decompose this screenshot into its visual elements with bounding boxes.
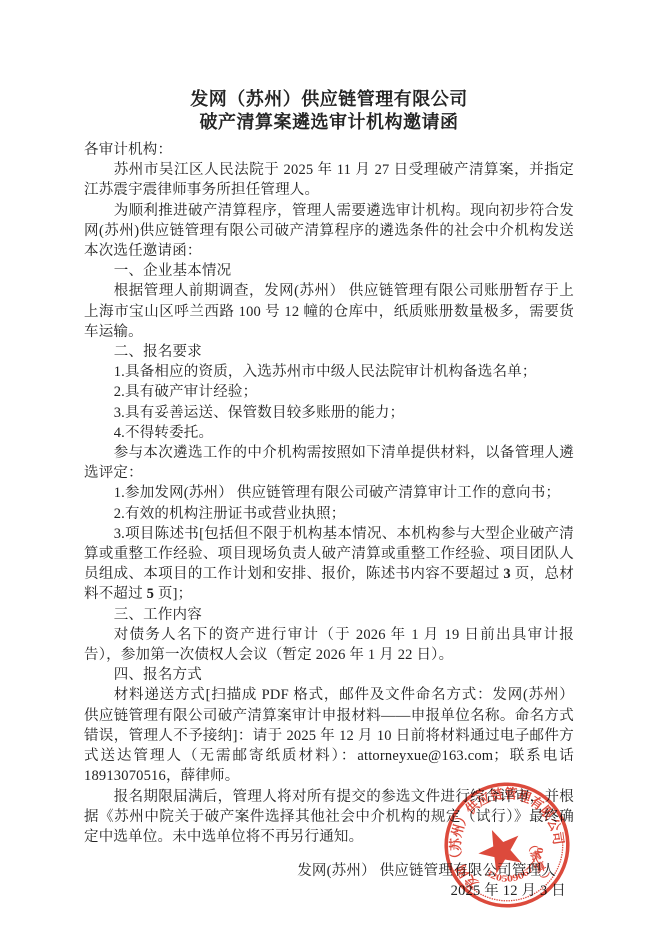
- paragraph: 4.不得转委托。: [84, 423, 574, 443]
- document-title: 发网（苏州）供应链管理有限公司 破产清算案遴选审计机构邀请函: [84, 88, 574, 134]
- document-content: 发网（苏州）供应链管理有限公司 破产清算案遴选审计机构邀请函 各审计机构： 苏州…: [0, 0, 660, 902]
- title-line-2: 破产清算案遴选审计机构邀请函: [84, 111, 574, 134]
- signatory-line: 发网(苏州） 供应链管理有限公司管理人: [84, 861, 574, 881]
- paragraph: 为顺利推进破产清算程序，管理人需要遴选审计机构。现向初步符合发网(苏州)供应链管…: [84, 201, 574, 262]
- paragraph: 二、报名要求: [84, 342, 574, 362]
- title-line-1: 发网（苏州）供应链管理有限公司: [84, 88, 574, 111]
- date-line: 2025 年 12 月 3 日: [84, 881, 574, 901]
- salutation: 各审计机构：: [84, 140, 574, 160]
- paragraph: 三、工作内容: [84, 605, 574, 625]
- paragraph: 一、企业基本情况: [84, 261, 574, 281]
- paragraph: 3.具有妥善运送、保管数目较多账册的能力；: [84, 403, 574, 423]
- paragraph: 2.有效的机构注册证书或营业执照；: [84, 504, 574, 524]
- paragraph: 参与本次遴选工作的中介机构需按照如下清单提供材料，以备管理人遴选评定：: [84, 443, 574, 483]
- paragraph: 3.项目陈述书[包括但不限于机构基本情况、本机构参与大型企业破产清算或重整工作经…: [84, 524, 574, 605]
- paragraph: 根据管理人前期调查，发网(苏州） 供应链管理有限公司账册暂存于上上海市宝山区呼兰…: [84, 281, 574, 342]
- paragraph: 2.具有破产审计经验；: [84, 382, 574, 402]
- paragraph: 材料递送方式[扫描成 PDF 格式，邮件及文件命名方式：发网(苏州） 供应链管理…: [84, 685, 574, 786]
- paragraph: 四、报名方式: [84, 665, 574, 685]
- signature-block: 发网(苏州） 供应链管理有限公司管理人 2025 年 12 月 3 日: [84, 861, 574, 901]
- paragraph: 1.具备相应的资质，入选苏州市中级人民法院审计机构备选名单；: [84, 362, 574, 382]
- body-paragraphs: 苏州市吴江区人民法院于 2025 年 11 月 27 日受理破产清算案，并指定江…: [84, 160, 574, 847]
- paragraph: 1.参加发网(苏州） 供应链管理有限公司破产清算审计工作的意向书；: [84, 483, 574, 503]
- document-page: 发网（苏州）供应链管理有限公司 破产清算案遴选审计机构邀请函 各审计机构： 苏州…: [0, 0, 660, 940]
- paragraph: 对债务人名下的资产进行审计（于 2026 年 1 月 19 日前出具审计报告），…: [84, 625, 574, 665]
- paragraph: 苏州市吴江区人民法院于 2025 年 11 月 27 日受理破产清算案，并指定江…: [84, 160, 574, 200]
- paragraph: 报名期限届满后，管理人将对所有提交的参选文件进行综合评审，并根据《苏州中院关于破…: [84, 787, 574, 848]
- document-body: 各审计机构： 苏州市吴江区人民法院于 2025 年 11 月 27 日受理破产清…: [84, 140, 574, 902]
